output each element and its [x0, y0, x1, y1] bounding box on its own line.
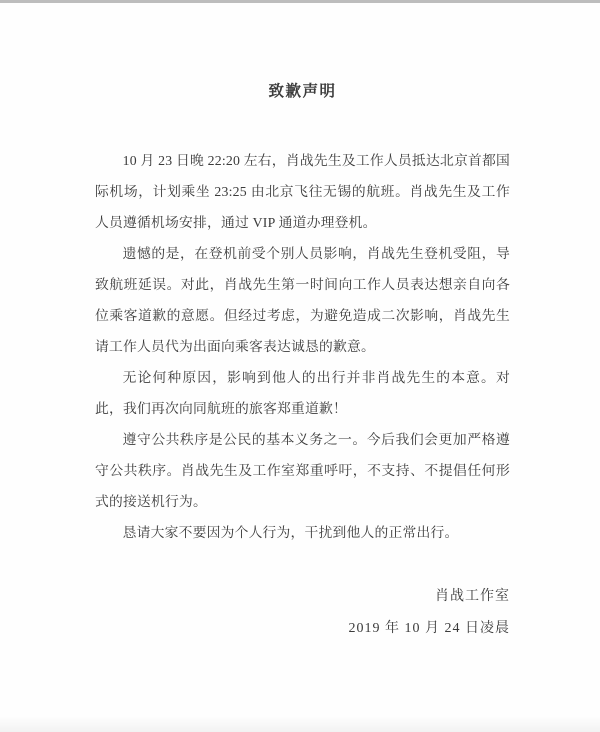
paragraph: 恳请大家不要因为个人行为，干扰到他人的正常出行。 — [95, 517, 510, 548]
paragraph: 10 月 23 日晚 22:20 左右，肖战先生及工作人员抵达北京首都国际机场，… — [95, 145, 510, 238]
paragraph: 遗憾的是，在登机前受个别人员影响，肖战先生登机受阻，导致航班延误。对此，肖战先生… — [95, 238, 510, 362]
document-paragraphs: 10 月 23 日晚 22:20 左右，肖战先生及工作人员抵达北京首都国际机场，… — [95, 145, 510, 548]
signature-date: 2019 年 10 月 24 日凌晨 — [95, 613, 510, 645]
paragraph: 无论何种原因，影响到他人的出行并非肖战先生的本意。对此，我们再次向同航班的旅客郑… — [95, 362, 510, 424]
document-body: 致歉声明 10 月 23 日晚 22:20 左右，肖战先生及工作人员抵达北京首都… — [95, 0, 510, 645]
signature-block: 肖战工作室 2019 年 10 月 24 日凌晨 — [95, 581, 510, 645]
paragraph: 遵守公共秩序是公民的基本义务之一。今后我们会更加严格遵守公共秩序。肖战先生及工作… — [95, 424, 510, 517]
signature-studio-name: 肖战工作室 — [95, 581, 510, 613]
apology-statement-page: 致歉声明 10 月 23 日晚 22:20 左右，肖战先生及工作人员抵达北京首都… — [0, 0, 600, 732]
document-title: 致歉声明 — [95, 0, 510, 101]
bottom-gradient-band — [0, 716, 600, 732]
